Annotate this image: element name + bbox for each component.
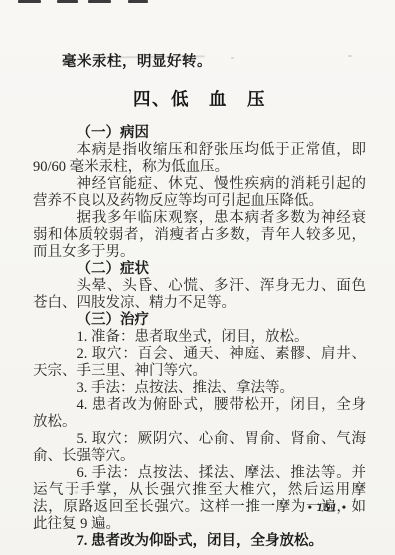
page-number: • 151 • bbox=[308, 500, 347, 515]
chapter-title: 四、低 血 压 bbox=[33, 89, 366, 109]
scan-artifact-dash bbox=[128, 0, 148, 3]
scan-artifact-dash bbox=[57, 0, 78, 3]
page-body: 毫米汞柱，明显好转。 四、低 血 压 （一）病因 本病是指收缩压和舒张压均低于正… bbox=[33, 54, 366, 550]
book-page: 毫米汞柱，明显好转。 四、低 血 压 （一）病因 本病是指收缩压和舒张压均低于正… bbox=[0, 0, 395, 555]
continuation-line: 毫米汞柱，明显好转。 bbox=[33, 54, 366, 71]
treatment-step: 6. 手法：点按法、揉法、摩法、推法等。并运气于手掌，从长强穴推至大椎穴，然后运… bbox=[33, 465, 366, 533]
treatment-step: 1. 准备：患者取坐式，闭目，放松。 bbox=[33, 329, 366, 346]
section-heading-symptoms: （二）症状 bbox=[33, 261, 366, 278]
section-heading-treatment: （三）治疗 bbox=[33, 312, 366, 329]
scan-artifact-dash bbox=[18, 0, 41, 3]
scan-artifact-dash bbox=[88, 0, 111, 3]
treatment-step: 2. 取穴：百会、通天、神庭、素髎、肩井、天宗、手三里、神门等穴。 bbox=[33, 346, 366, 380]
treatment-step: 5. 取穴：厥阴穴、心俞、胃俞、肾俞、气海俞、长强等穴。 bbox=[33, 431, 366, 465]
paragraph: 本病是指收缩压和舒张压均低于正常值，即 90/60 毫米汞柱，称为低血压。 bbox=[33, 142, 366, 176]
section-heading-cause: （一）病因 bbox=[33, 125, 366, 142]
treatment-step: 7. 患者改为仰卧式，闭目，全身放松。 bbox=[33, 533, 366, 550]
paragraph: 神经官能症、休克、慢性疾病的消耗引起的营养不良以及药物反应等均可引起血压降低。 bbox=[33, 176, 366, 210]
treatment-step: 4. 患者改为俯卧式，腰带松开，闭目，全身放松。 bbox=[33, 397, 366, 431]
paragraph: 据我多年临床观察，患本病者多数为神经衰弱和体质较弱者，消瘦者占多数，青年人较多见… bbox=[33, 210, 366, 261]
treatment-step: 3. 手法：点按法、推法、拿法等。 bbox=[33, 380, 366, 397]
paragraph: 头晕、头昏、心慌、多汗、浑身无力、面色苍白、四肢发凉、精力不足等。 bbox=[33, 278, 366, 312]
